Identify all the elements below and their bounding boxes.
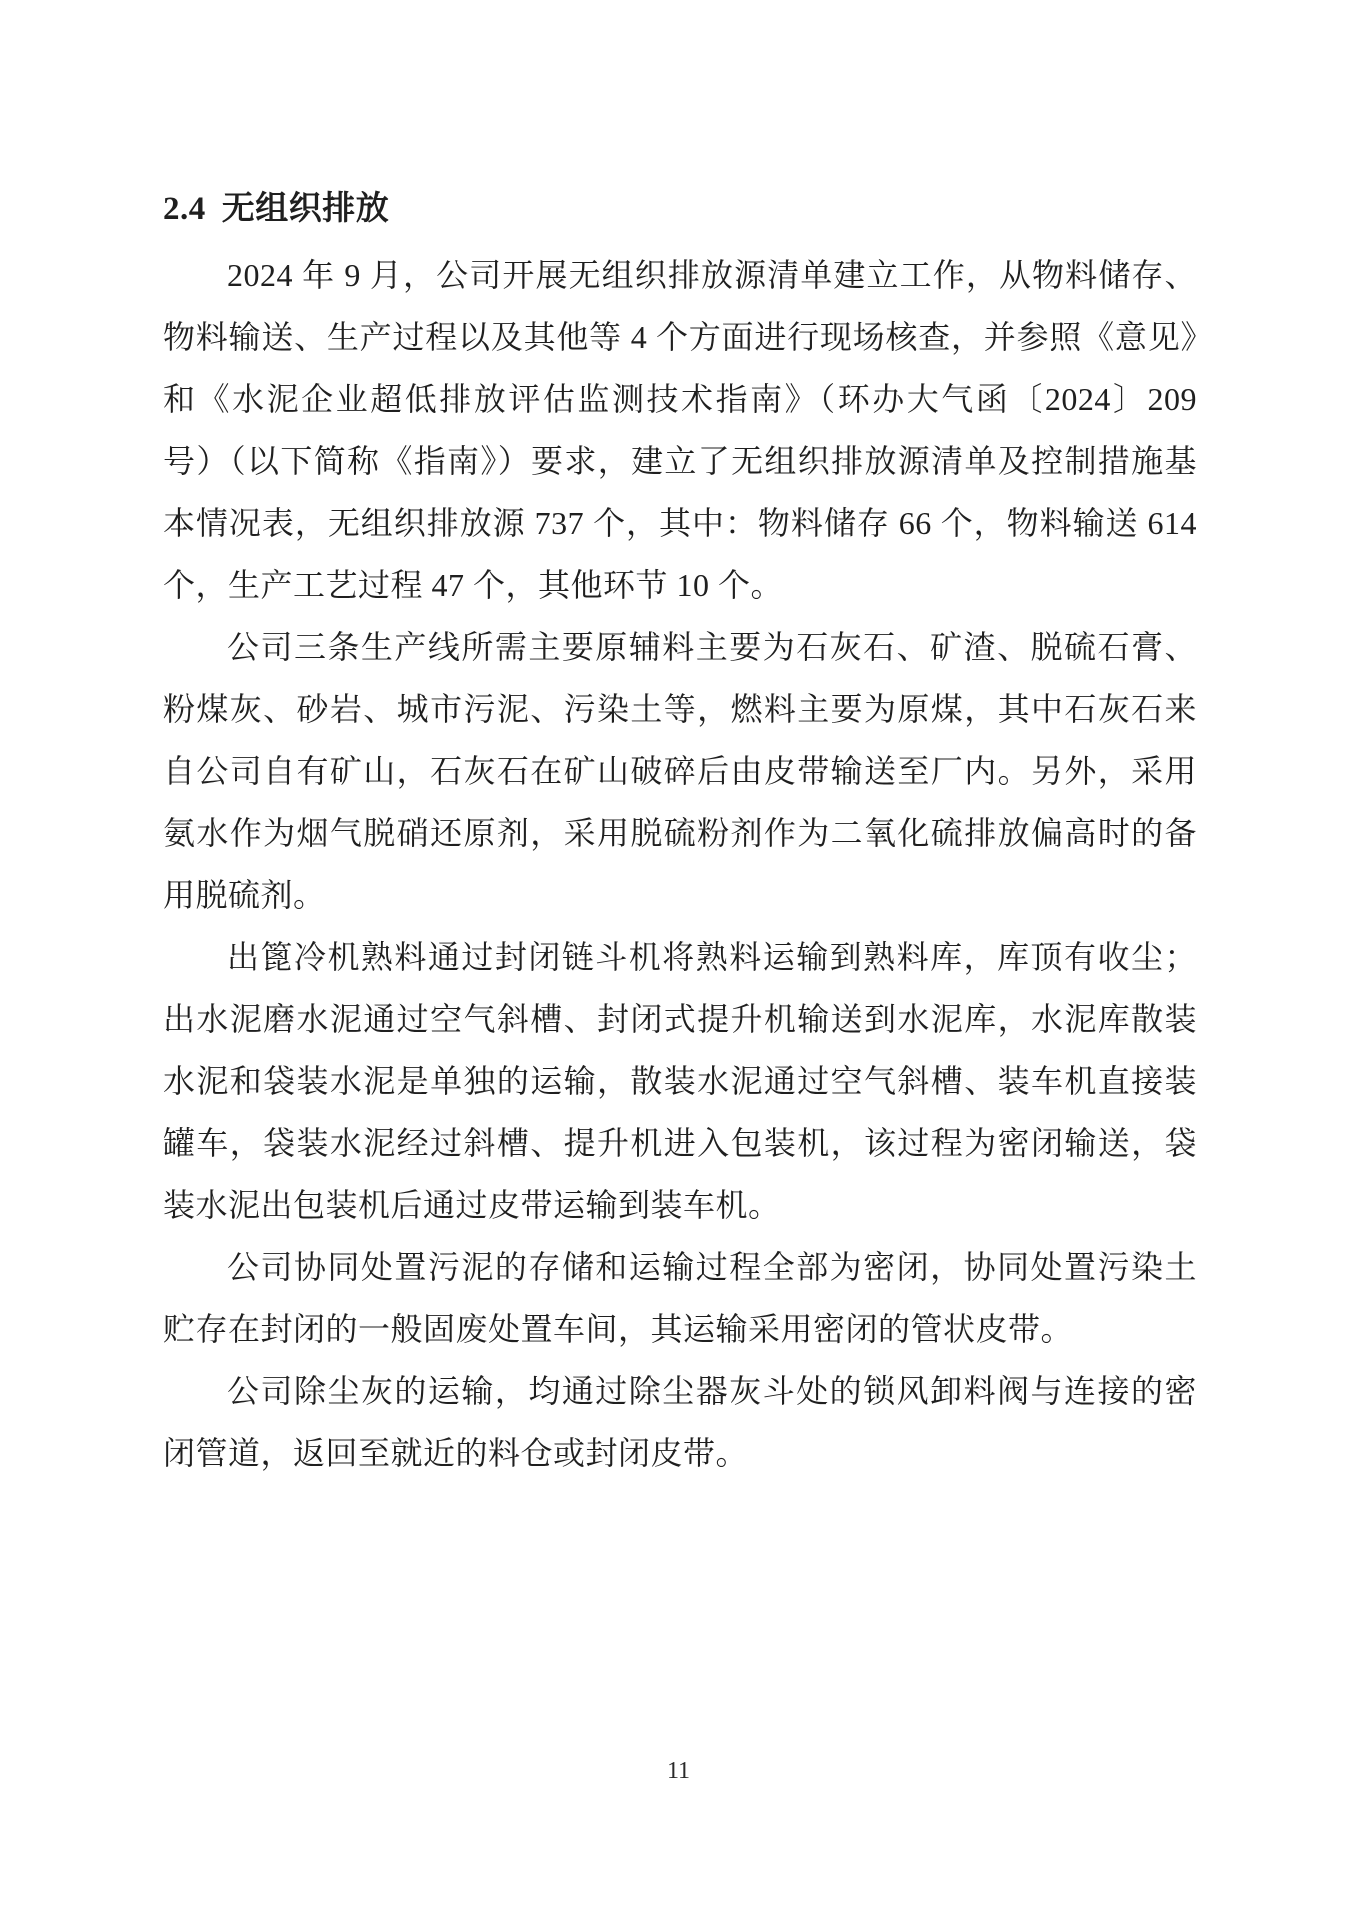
paragraph-3: 出篦冷机熟料通过封闭链斗机将熟料运输到熟料库，库顶有收尘；出水泥磨水泥通过空气斜… <box>163 926 1197 1236</box>
paragraph-1: 2024 年 9 月，公司开展无组织排放源清单建立工作，从物料储存、物料输送、生… <box>163 244 1197 616</box>
page-number: 11 <box>0 1758 1357 1785</box>
paragraph-4: 公司协同处置污泥的存储和运输过程全部为密闭，协同处置污染土贮存在封闭的一般固废处… <box>163 1236 1197 1360</box>
paragraph-2: 公司三条生产线所需主要原辅料主要为石灰石、矿渣、脱硫石膏、粉煤灰、砂岩、城市污泥… <box>163 616 1197 926</box>
section-heading: 2.4无组织排放 <box>163 188 1197 230</box>
section-number: 2.4 <box>163 191 206 227</box>
paragraph-5: 公司除尘灰的运输，均通过除尘器灰斗处的锁风卸料阀与连接的密闭管道，返回至就近的料… <box>163 1360 1197 1484</box>
page-content: 2.4无组织排放 2024 年 9 月，公司开展无组织排放源清单建立工作，从物料… <box>163 188 1197 1484</box>
section-body: 2024 年 9 月，公司开展无组织排放源清单建立工作，从物料储存、物料输送、生… <box>163 244 1197 1484</box>
document-page: 2.4无组织排放 2024 年 9 月，公司开展无组织排放源清单建立工作，从物料… <box>0 0 1357 1920</box>
section-title: 无组织排放 <box>222 191 390 227</box>
